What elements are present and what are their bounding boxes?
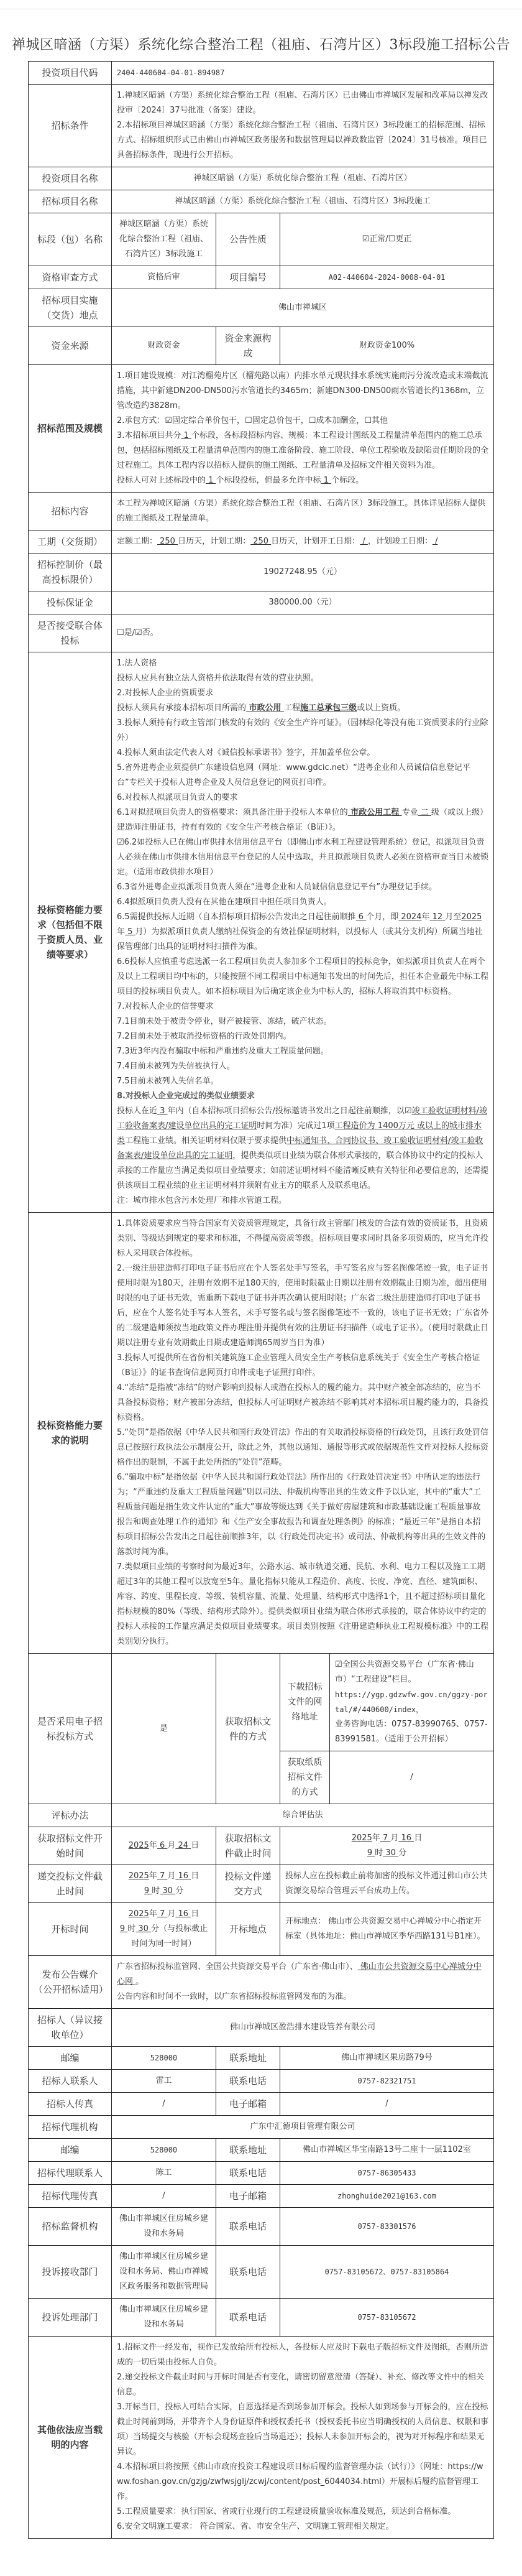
row-invest-name: 投资项目名称 禅城区暗涵（方渠）系统化综合整治工程（祖庙、石湾片区） [28, 167, 493, 190]
row-location: 招标项目实施（交货）地点 佛山市禅城区 [28, 289, 493, 327]
tenderer-value: 佛山市禅城区盈浩排水建设管养有限公司 [111, 2009, 493, 2047]
location-value: 佛山市禅城区 [111, 289, 493, 327]
control-price-value: 19027248.95（元） [111, 554, 493, 591]
download-address-value: ☑全国公共资源交易平台（广东省·佛山市）“工程建设”栏目。 https://yg… [329, 1654, 493, 1751]
label: 邮编 [28, 2139, 111, 2162]
address-value: 佛山市禅城区华宝南路13号二座十一层1102室 [280, 2139, 493, 2162]
label: 投标文件递交方式 [216, 1865, 280, 1903]
row-funding: 资金来源 财政资金 资金来源构成 财政资金100% [28, 327, 493, 365]
row-tenderer: 招标人（异议接收单位） 佛山市禅城区盈浩排水建设管养有限公司 [28, 2009, 493, 2047]
complaint-process-value: 佛山市禅城区住房城乡建设和水务局 [111, 2299, 216, 2337]
phone-value: 0757-86305433 [280, 2162, 493, 2185]
row-electronic: 是否采用电子招标投标方式 是 获取招标文件的方式 下载招标文件的网络地址 ☑全国… [28, 1654, 493, 1751]
contact-value: 雷工 [111, 2070, 216, 2093]
top-divider [0, 0, 522, 9]
row-scope: 招标范围及规模 1.项目建设规模：对江湾榴苑片区（榴苑路以南）内排水单元现状排水… [28, 365, 493, 493]
row-project-name: 招标项目名称 禅城区暗涵（方渠）系统化综合整治工程（祖庙、石湾片区）3标段施工 [28, 190, 493, 213]
label: 电子邮箱 [216, 2185, 280, 2208]
label: 招标项目实施（交货）地点 [28, 289, 111, 327]
label: 招标项目名称 [28, 190, 111, 213]
qualification-notes-value: 1.具体资质要求应当符合国家有关资质管理规定，具备行政主管部门核发的合法有效的资… [111, 1213, 493, 1654]
row-conditions: 招标条件 1.禅城区暗涵（方渠）系统化综合整治工程（祖庙、石湾片区）已由佛山市禅… [28, 85, 493, 167]
label: 招标人（异议接收单位） [28, 2009, 111, 2047]
consortium-value: ☐是/☑否。 [111, 614, 493, 652]
label: 开标时间 [28, 1903, 111, 1956]
invest-name-value: 禅城区暗涵（方渠）系统化综合整治工程（祖庙、石湾片区） [111, 167, 493, 190]
address-value: 佛山市禅城区果房路79号 [280, 2047, 493, 2070]
label: 资格审查方式 [28, 266, 111, 289]
row-qualification-notes: 投标资格能力要求的说明 1.具体资质要求应当符合国家有关资质管理规定，具备行政主… [28, 1213, 493, 1654]
row-consortium: 是否接受联合体投标 ☐是/☑否。 [28, 614, 493, 652]
label: 联系电话 [216, 2162, 280, 2185]
label: 电子邮箱 [216, 2093, 280, 2116]
deposit-value: 380000.00（元） [111, 591, 493, 614]
label: 投资项目名称 [28, 167, 111, 190]
section-name-value: 禅城区暗涵（方渠）系统化综合整治工程（祖庙、石湾片区）3标段施工 [111, 213, 216, 266]
row-media: 发布公告媒介（公开招标适用） 广东省招标投标监管网、全国公共资源交易平台（广东省… [28, 1956, 493, 2009]
label: 获取招标文件开始时间 [28, 1827, 111, 1865]
row-supervisor: 招标监督机构 佛山市禅城区住房城乡建设和水务局 联系电话 0757-833015… [28, 2208, 493, 2246]
label: 发布公告媒介（公开招标适用） [28, 1956, 111, 2009]
label: 招标内容 [28, 493, 111, 530]
contact-value: 陈工 [111, 2162, 216, 2185]
notice-nature-value: ☑正常/☐更正 [280, 213, 493, 266]
label: 评标办法 [28, 1804, 111, 1827]
label: 投标资格能力要求（包括但不限于资质人员、业绩等要求） [28, 652, 111, 1213]
row-tenderer-fax: 招标人传真 / 电子邮箱 / [28, 2093, 493, 2116]
row-agency-contact: 招标代理联系人 陈工 联系电话 0757-86305433 [28, 2162, 493, 2185]
label: 招标人传真 [28, 2093, 111, 2116]
label: 项目编号 [216, 266, 280, 289]
email-link[interactable]: zhonghuide2021@163.com [280, 2185, 493, 2208]
label: 招标代理传真 [28, 2185, 111, 2208]
label: 联系电话 [216, 2299, 280, 2337]
label: 联系电话 [216, 2246, 280, 2299]
label: 获取招标文件的方式 [216, 1654, 280, 1804]
duration-value: 定额工期： 250 日历天，计划工期： 250 日历天，计划开工日期： / ，计… [111, 530, 493, 554]
electronic-value: 是 [111, 1654, 216, 1804]
phone-value: 0757-83301576 [280, 2208, 493, 2246]
row-agency-fax: 招标代理传真 / 电子邮箱 zhonghuide2021@163.com [28, 2185, 493, 2208]
label: 联系地址 [216, 2047, 280, 2070]
label: 招标范围及规模 [28, 365, 111, 493]
invest-code-value: 2404-440604-04-01-894987 [111, 62, 493, 85]
funding-value: 财政资金 [111, 327, 216, 365]
content-value: 本工程为禅城区暗涵（方渠）系统化综合整治工程（祖庙、石湾片区）3标段施工。具体详… [111, 493, 493, 530]
row-duration: 工期（交货期） 定额工期： 250 日历天，计划工期： 250 日历天，计划开工… [28, 530, 493, 554]
supervisor-value: 佛山市禅城区住房城乡建设和水务局 [111, 2208, 216, 2246]
label: 标段（包）名称 [28, 213, 111, 266]
label: 获取招标文件截止时间 [216, 1827, 280, 1865]
download-link[interactable]: https://ygp.gdzwfw.gov.cn/ggzy-portal/#/… [335, 1687, 488, 1717]
row-agency-zip: 邮编 528000 联系地址 佛山市禅城区华宝南路13号二座十一层1102室 [28, 2139, 493, 2162]
conditions-value: 1.禅城区暗涵（方渠）系统化综合整治工程（祖庙、石湾片区）已由佛山市禅城区发展和… [111, 85, 493, 167]
row-complaint-process: 投诉处理部门 佛山市禅城区住房城乡建设和水务局 联系电话 0757-831056… [28, 2299, 493, 2337]
fax-value: / [111, 2185, 216, 2208]
phone-value: 0757-83105672 [280, 2299, 493, 2337]
label: 联系地址 [216, 2139, 280, 2162]
label: 招标代理联系人 [28, 2162, 111, 2185]
label: 资金来源 [28, 327, 111, 365]
qualification-value: 1.法人资格 投标人应具有独立法人资格并依法取得有效的营业执照。 2.对投标人企… [111, 652, 493, 1213]
row-other: 其他依法应当载明的内容 1.招标文件一经发布，视作已发放给所有投标人，各投标人应… [28, 2337, 493, 2539]
label: 递交投标文件截止时间 [28, 1865, 111, 1903]
other-value: 1.招标文件一经发布，视作已发放给所有投标人，各投标人应及时下载电子版招标文件及… [111, 2337, 493, 2539]
row-complaint-receive: 投诉接收部门 佛山市禅城区住房城乡建设和水务局、佛山市禅城区政务服务和数据管理局… [28, 2246, 493, 2299]
opening-place-value: 开标地点： 佛山市公共资源交易中心禅城分中心指定开标室（具体地址：佛山市禅城区季… [280, 1903, 493, 1956]
label: 下载招标文件的网络地址 [280, 1654, 329, 1751]
label: 是否接受联合体投标 [28, 614, 111, 652]
row-invest-code: 投资项目代码 2404-440604-04-01-894987 [28, 62, 493, 85]
label: 招标代理机构 [28, 2116, 111, 2139]
label: 招标条件 [28, 85, 111, 167]
phone-value: 0757-82321751 [280, 2070, 493, 2093]
row-opening: 开标时间 2025年 7 月 16 日 9 时 30 分（与投标截止时间为同一时… [28, 1903, 493, 1956]
label: 招标控制价（最高投标限价） [28, 554, 111, 591]
email-value: / [280, 2093, 493, 2116]
fax-value: / [111, 2093, 216, 2116]
review-value: 资格后审 [111, 266, 216, 289]
opening-time-value: 2025年 7 月 16 日 9 时 30 分（与投标截止时间为同一时间） [111, 1903, 216, 1956]
submit-method-value: 投标人应在投标截止前将加密的投标文件通过佛山市公共资源交易综合管理云平台成功上传… [280, 1865, 493, 1903]
row-tenderer-zip: 邮编 528000 联系地址 佛山市禅城区果房路79号 [28, 2047, 493, 2070]
label: 招标人联系人 [28, 2070, 111, 2093]
agency-value: 广东中汇德项目管理有限公司 [111, 2116, 493, 2139]
label: 获取纸质招标文件的方式 [280, 1751, 329, 1804]
submit-deadline-value: 2025年 7 月 16 日 9 时 30 分 [111, 1865, 216, 1903]
evaluation-value: 综合评估法 [111, 1804, 493, 1827]
phone-value: 0757-83105672、0757-83105864 [280, 2246, 493, 2299]
zip-value: 528000 [111, 2047, 216, 2070]
bottom-spacer [0, 2539, 522, 2576]
row-tenderer-contact: 招标人联系人 雷工 联系电话 0757-82321751 [28, 2070, 493, 2093]
label: 资金来源构成 [216, 327, 280, 365]
project-name-value: 禅城区暗涵（方渠）系统化综合整治工程（祖庙、石湾片区）3标段施工 [111, 190, 493, 213]
row-deposit: 投标保证金 380000.00（元） [28, 591, 493, 614]
label: 开标地点 [216, 1903, 280, 1956]
label: 投诉处理部门 [28, 2299, 111, 2337]
label: 投诉接收部门 [28, 2246, 111, 2299]
zip-value: 528000 [111, 2139, 216, 2162]
media-value: 广东省招标投标监管网、全国公共资源交易平台（广东省·佛山市）、 佛山市公共资源交… [111, 1956, 493, 2009]
label: 工期（交货期） [28, 530, 111, 554]
paper-value: / [329, 1751, 493, 1804]
notice-table: 投资项目代码 2404-440604-04-01-894987 招标条件 1.禅… [28, 61, 494, 2539]
label: 邮编 [28, 2047, 111, 2070]
label: 是否采用电子招标投标方式 [28, 1654, 111, 1804]
row-control-price: 招标控制价（最高投标限价） 19027248.95（元） [28, 554, 493, 591]
row-doc-time: 获取招标文件开始时间 2025年 6 月 24 日 获取招标文件截止时间 202… [28, 1827, 493, 1865]
scope-value: 1.项目建设规模：对江湾榴苑片区（榴苑路以南）内排水单元现状排水系统实施雨污分流… [111, 365, 493, 493]
label: 投标保证金 [28, 591, 111, 614]
project-code-value: A02-440604-2024-0008-04-01 [280, 266, 493, 289]
page-title: 禅城区暗涵（方渠）系统化综合整治工程（祖庙、石湾片区）3标段施工招标公告 [0, 34, 522, 53]
label: 投资项目代码 [28, 62, 111, 85]
doc-end-value: 2025年 7 月 16 日 9 时 30 分 [280, 1827, 493, 1865]
label: 招标监督机构 [28, 2208, 111, 2246]
row-content: 招标内容 本工程为禅城区暗涵（方渠）系统化综合整治工程（祖庙、石湾片区）3标段施… [28, 493, 493, 530]
row-evaluation: 评标办法 综合评估法 [28, 1804, 493, 1827]
label: 其他依法应当载明的内容 [28, 2337, 111, 2539]
label: 公告性质 [216, 213, 280, 266]
row-agency: 招标代理机构 广东中汇德项目管理有限公司 [28, 2116, 493, 2139]
row-submit: 递交投标文件截止时间 2025年 7 月 16 日 9 时 30 分 投标文件递… [28, 1865, 493, 1903]
complaint-receive-value: 佛山市禅城区住房城乡建设和水务局、佛山市禅城区政务服务和数据管理局 [111, 2246, 216, 2299]
row-qualification: 投标资格能力要求（包括但不限于资质人员、业绩等要求） 1.法人资格 投标人应具有… [28, 652, 493, 1213]
label: 投标资格能力要求的说明 [28, 1213, 111, 1654]
row-section-name: 标段（包）名称 禅城区暗涵（方渠）系统化综合整治工程（祖庙、石湾片区）3标段施工… [28, 213, 493, 266]
label: 联系电话 [216, 2208, 280, 2246]
row-review: 资格审查方式 资格后审 项目编号 A02-440604-2024-0008-04… [28, 266, 493, 289]
funding-structure-value: 财政资金100% [280, 327, 493, 365]
doc-start-value: 2025年 6 月 24 日 [111, 1827, 216, 1865]
label: 联系电话 [216, 2070, 280, 2093]
